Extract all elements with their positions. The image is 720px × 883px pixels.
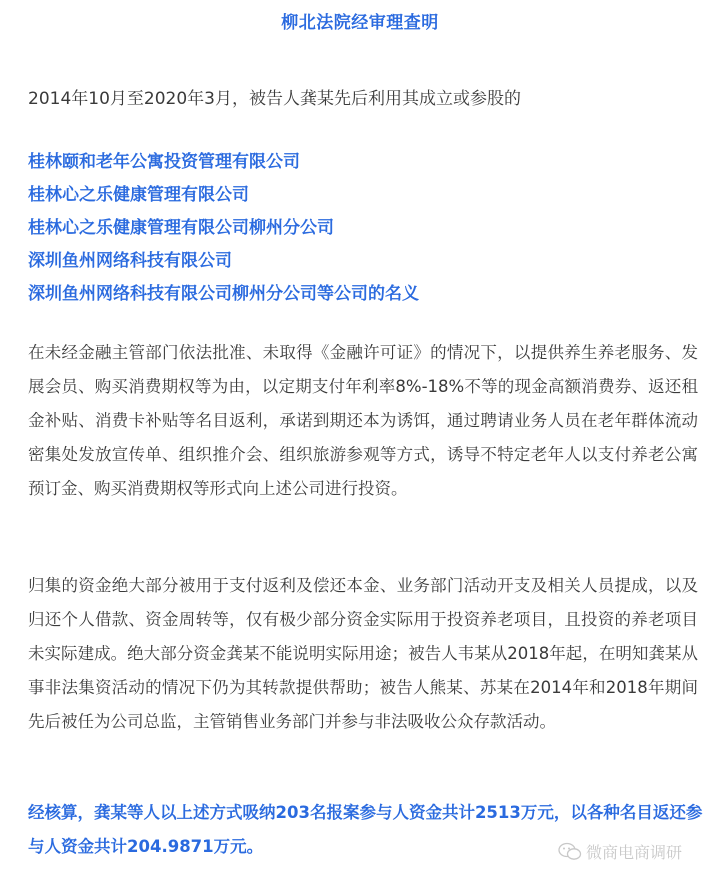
watermark-text: 微商电商调研 xyxy=(586,840,682,863)
page-title: 柳北法院经审理查明 xyxy=(0,8,720,33)
watermark: 微商电商调研 xyxy=(558,840,682,863)
company-list: 桂林颐和老年公寓投资管理有限公司 桂林心之乐健康管理有限公司 桂林心之乐健康管理… xyxy=(28,146,419,311)
wechat-icon xyxy=(558,842,582,862)
company-item: 桂林心之乐健康管理有限公司 xyxy=(28,179,419,212)
paragraph-method: 在未经金融主管部门依法批准、未取得《金融许可证》的情况下，以提供养生养老服务、发… xyxy=(28,336,698,506)
paragraph-funds: 归集的资金绝大部分被用于支付返利及偿还本金、业务部门活动开支及相关人员提成，以及… xyxy=(28,569,698,739)
company-item: 桂林颐和老年公寓投资管理有限公司 xyxy=(28,146,419,179)
company-item: 深圳鱼州网络科技有限公司柳州分公司等公司的名义 xyxy=(28,278,419,311)
company-item: 深圳鱼州网络科技有限公司 xyxy=(28,245,419,278)
intro-text: 2014年10月至2020年3月，被告人龚某先后利用其成立或参股的 xyxy=(28,84,521,109)
company-item: 桂林心之乐健康管理有限公司柳州分公司 xyxy=(28,212,419,245)
